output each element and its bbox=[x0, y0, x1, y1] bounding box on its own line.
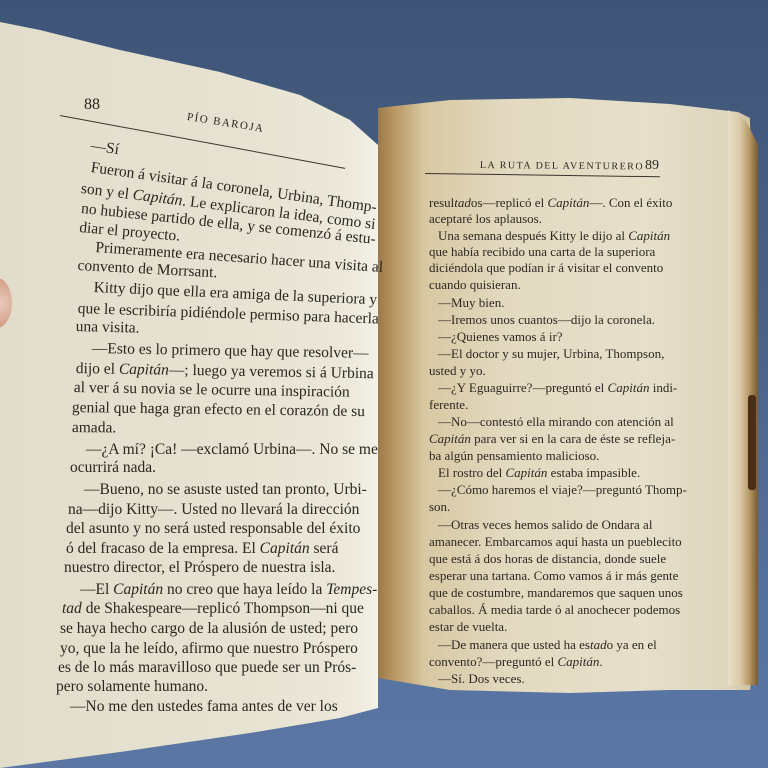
right-page-number: 89 bbox=[645, 158, 659, 174]
edge-stain bbox=[748, 395, 756, 490]
text-line: —De manera que usted ha estado ya en el bbox=[438, 638, 657, 651]
text-line: —Muy bien. bbox=[438, 296, 504, 309]
text-line: —No me den ustedes fama antes de ver los bbox=[70, 699, 338, 715]
text-line: aceptaré los aplausos. bbox=[429, 212, 542, 225]
text-line: pero solamente humano. bbox=[56, 679, 208, 695]
text-line: —El doctor y su mujer, Urbina, Thompson, bbox=[438, 347, 664, 360]
book-photo: 88 PÍO BAROJA —SíFueron á visitar á la c… bbox=[0, 0, 768, 768]
text-line: ba algún pensamiento malicioso. bbox=[429, 449, 599, 462]
text-line: amada. bbox=[72, 420, 116, 436]
text-line: —No—contestó ella mirando con atención a… bbox=[438, 415, 674, 428]
text-line: que había recibido una carta de la super… bbox=[429, 245, 655, 258]
text-line: usted y yo. bbox=[429, 364, 486, 377]
text-line: estar de vuelta. bbox=[429, 620, 507, 633]
text-line: —¿Quienes vamos á ir? bbox=[438, 330, 563, 343]
text-line: —¿Y Eguaguirre?—preguntó el Capitán indi… bbox=[438, 381, 677, 394]
text-line: esperar una tartana. Como vamos á ir más… bbox=[429, 569, 678, 582]
text-line: que está á dos horas de distancia, donde… bbox=[429, 552, 666, 565]
text-line: yo, que la he leído, afirmo que nuestro … bbox=[60, 641, 358, 657]
left-page-number: 88 bbox=[84, 96, 100, 114]
text-line: nuestro director, el Próspero de nuestra… bbox=[64, 560, 335, 576]
right-running-header: LA RUTA DEL AVENTURERO bbox=[480, 160, 644, 172]
text-line: es de lo más maravilloso que puede ser u… bbox=[58, 660, 356, 676]
text-line: resultados—replicó el Capitán—. Con el é… bbox=[429, 196, 672, 209]
text-line: ocurrirá nada. bbox=[70, 460, 156, 476]
text-line: tad de Shakespeare—replicó Thompson—ni q… bbox=[62, 601, 364, 617]
text-line: una visita. bbox=[76, 319, 140, 336]
text-line: —El Capitán no creo que haya leído la Te… bbox=[80, 582, 377, 598]
text-line: cuando quisieran. bbox=[429, 278, 521, 291]
text-line: —¿A mí? ¡Ca! —exclamó Urbina—. No se me bbox=[86, 442, 378, 458]
text-line: —Bueno, no se asuste usted tan pronto, U… bbox=[84, 482, 367, 498]
text-line: Una semana después Kitty le dijo al Capi… bbox=[438, 229, 670, 242]
text-line: ferente. bbox=[429, 398, 468, 411]
text-line: El rostro del Capitán estaba impasible. bbox=[438, 466, 640, 479]
text-line: se haya hecho cargo de la alusión de ust… bbox=[60, 621, 358, 637]
text-line: —¿Cómo haremos el viaje?—preguntó Thomp- bbox=[438, 483, 687, 496]
text-line: diciéndola que podían ir á visitar el co… bbox=[429, 261, 663, 274]
text-line: caballos. Á media tarde ó al anochecer p… bbox=[429, 603, 680, 616]
text-line: convento?—preguntó el Capitán. bbox=[429, 655, 603, 668]
text-line: —Otras veces hemos salido de Ondara al bbox=[438, 518, 652, 531]
text-line: na—dijo Kitty—. Usted no llevará la dire… bbox=[68, 502, 359, 518]
text-line: —Iremos unos cuantos—dijo la coronela. bbox=[438, 313, 655, 326]
text-line: del asunto y no será usted responsable d… bbox=[66, 521, 360, 537]
text-line: Capitán para ver si en la cara de éste s… bbox=[429, 432, 675, 445]
text-line: que de costumbre, mandaremos que saquen … bbox=[429, 586, 683, 599]
text-line: ó del fracaso de la empresa. El Capitán … bbox=[66, 541, 338, 557]
text-line: amanecer. Embarcamos aquí hasta un puebl… bbox=[429, 535, 682, 548]
text-line: —Sí. Dos veces. bbox=[438, 672, 525, 685]
text-line: son. bbox=[429, 500, 450, 513]
